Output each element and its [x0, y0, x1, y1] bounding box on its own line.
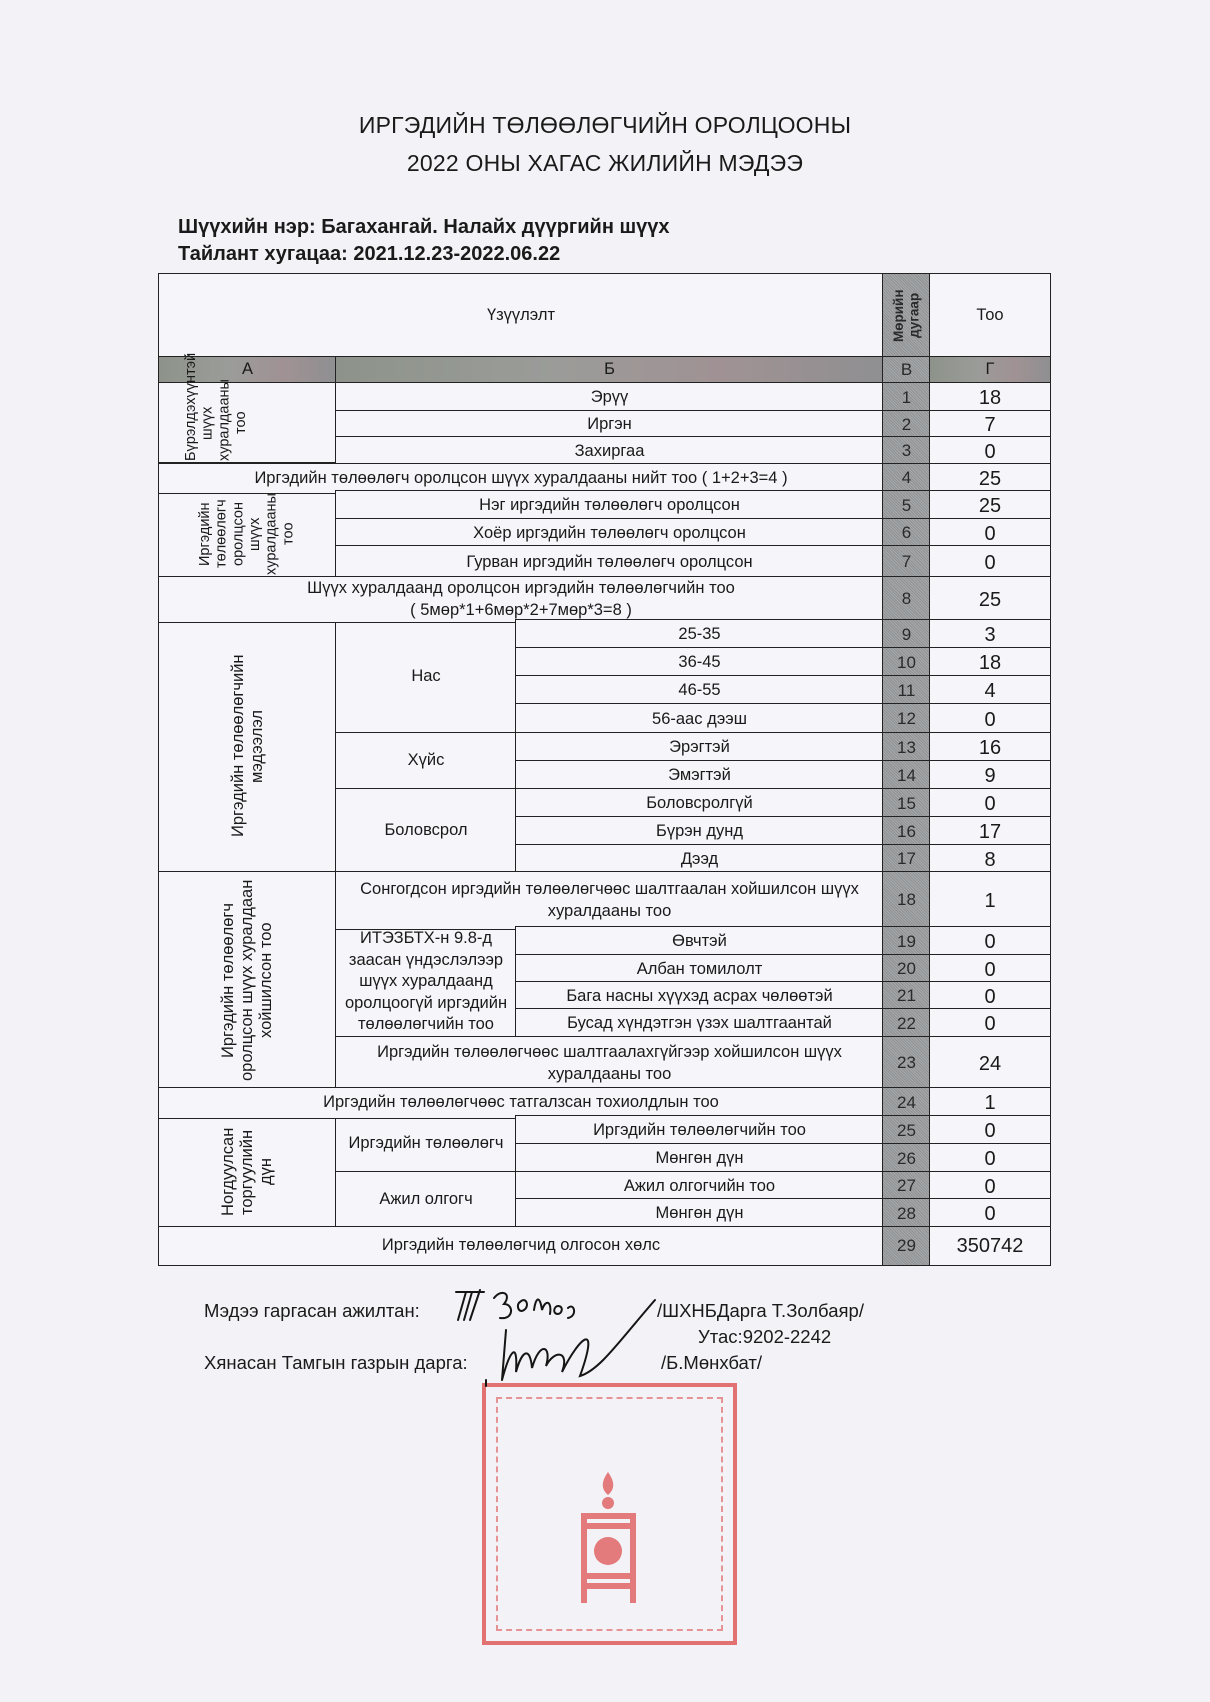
group-representative-info: Иргэдийн төлөөлөгчийн мэдээлэл — [158, 619, 337, 873]
row-label-text: Эрүү — [591, 387, 629, 408]
row-label-formula: ( 5мөр*1+6мөр*2+7мөр*3=8 ) — [410, 600, 632, 621]
row-value: 1 — [929, 871, 1051, 930]
col-letter-g: Г — [929, 356, 1051, 384]
row-label-text: Иргэн — [587, 414, 632, 435]
subgroup-education: Боловсрол — [335, 788, 517, 873]
official-stamp — [482, 1383, 737, 1645]
report-period: Тайлант хугацаа: 2021.12.23-2022.06.22 — [178, 243, 560, 266]
row-label-text: Иргэдийн төлөөлөгчийн тоо — [593, 1120, 806, 1141]
row-number: 23 — [882, 1036, 931, 1091]
row-label-text: Дээд — [681, 849, 718, 870]
group-postponed: Иргэдийн төлөөлөгч оролцсон шүүх хуралда… — [158, 871, 337, 1089]
row-number: 8 — [882, 576, 931, 623]
row-label: Сонгогдсон иргэдийн төлөөлөгчөөс шалтгаа… — [335, 871, 884, 930]
row-label-text: Иргэдийн төлөөлөгчөөс шалтгаалахгүйгээр … — [340, 1042, 879, 1085]
report-title-line1: ИРГЭДИЙН ТӨЛӨӨЛӨГЧИЙН ОРОЛЦООНЫ — [0, 112, 1210, 139]
row-label-text: Өвчтэй — [672, 931, 727, 952]
court-name: Шүүхийн нэр: Багахангай. Налайх дүүргийн… — [178, 216, 670, 239]
row-label-text: Иргэдийн төлөөлөгчөөс татгалзсан тохиолд… — [323, 1092, 719, 1113]
col-letter-v: В — [882, 356, 931, 384]
row-label-text: Эмэгтэй — [668, 765, 731, 786]
row-label: Иргэдийн төлөөлөгчөөс шалтгаалахгүйгээр … — [335, 1036, 884, 1091]
row-number: 18 — [882, 871, 931, 930]
row-value: 25 — [929, 576, 1051, 623]
header-row-number: Мөрийн дугаар — [882, 273, 931, 358]
subgroup-employer: Ажил олгогч — [335, 1171, 517, 1228]
row-value: 24 — [929, 1036, 1051, 1091]
row-label-text: 25-35 — [678, 624, 720, 645]
row-value: 0 — [929, 545, 1051, 580]
subgroup-itezbtkh: ИТЭЗБТХ-н 9.8-д заасан үндэслэлээр шүүх … — [335, 926, 517, 1038]
reviewed-by-label: Хянасан Тамгын газрын дарга: — [204, 1352, 468, 1374]
header-count: Тоо — [929, 273, 1051, 358]
row-label-text: Гурван иргэдийн төлөөлөгч оролцсон — [466, 552, 752, 573]
row-label-text: Албан томилолт — [637, 959, 763, 980]
row-label-text: 46-55 — [678, 680, 720, 701]
row-label-text: Эрэгтэй — [669, 737, 730, 758]
header-indicator: Үзүүлэлт — [158, 273, 884, 358]
row-label-text: Захиргаа — [575, 441, 645, 462]
row-label-text: Бусад хүндэтгэн үзэх шалтгаантай — [567, 1013, 832, 1034]
row-label: Шүүх хуралдаанд оролцсон иргэдийн төлөөл… — [158, 576, 884, 623]
subgroup-gender: Хүйс — [335, 732, 517, 790]
soyombo-emblem-icon — [581, 1467, 636, 1607]
handwritten-signatures-icon — [450, 1280, 690, 1410]
row-label-text: Нэг иргэдийн төлөөлөгч оролцсон — [479, 495, 740, 516]
row-label-text: Иргэдийн төлөөлөгч оролцсон шүүх хуралда… — [254, 468, 787, 489]
phone-number: Утас:9202-2242 — [698, 1326, 831, 1348]
group-composition: Бүрэлдэхүүнтэй шүүх хуралдааны тоо — [158, 382, 337, 463]
prepared-by-label: Мэдээ гаргасан ажилтан: — [204, 1300, 420, 1322]
row-label-text: Бага насны хүүхэд асрах чөлөөтэй — [566, 986, 832, 1007]
row-label-text: Мөнгөн дүн — [656, 1148, 744, 1169]
row-label-text: Иргэдийн төлөөлөгчид олгосон хөлс — [382, 1235, 660, 1256]
group-participated: Иргэдийн төлөөлөгч оролцсон шүүх хуралда… — [158, 490, 337, 578]
row-label: Гурван иргэдийн төлөөлөгч оролцсон — [335, 545, 884, 580]
row-label-text: Сонгогдсон иргэдийн төлөөлөгчөөс шалтгаа… — [340, 879, 879, 922]
row-label-text: Бүрэн дунд — [656, 821, 743, 842]
row-label-text: Хоёр иргэдийн төлөөлөгч оролцсон — [473, 523, 746, 544]
row-number: 7 — [882, 545, 931, 580]
row-label-text: 36-45 — [678, 652, 720, 673]
row-label: Иргэдийн төлөөлөгчид олгосон хөлс — [158, 1226, 884, 1266]
row-label-text: 56-аас дээш — [652, 709, 747, 730]
row-label-text: Шүүх хуралдаанд оролцсон иргэдийн төлөөл… — [307, 578, 735, 599]
row-label-text: Боловсролгүй — [646, 793, 753, 814]
report-title-line2: 2022 ОНЫ ХАГАС ЖИЛИЙН МЭДЭЭ — [0, 150, 1210, 177]
row-label-text: Ажил олгогчийн тоо — [624, 1176, 775, 1197]
row-label-text: Мөнгөн дүн — [656, 1203, 744, 1224]
row-value: 350742 — [929, 1226, 1051, 1266]
subgroup-age: Нас — [335, 619, 517, 734]
group-fines: Ногдуулсан торгуулийн дүн — [158, 1115, 337, 1228]
row-number: 29 — [882, 1226, 931, 1266]
col-letter-b: Б — [335, 356, 884, 384]
subgroup-representative: Иргэдийн төлөөлөгч — [335, 1115, 517, 1173]
